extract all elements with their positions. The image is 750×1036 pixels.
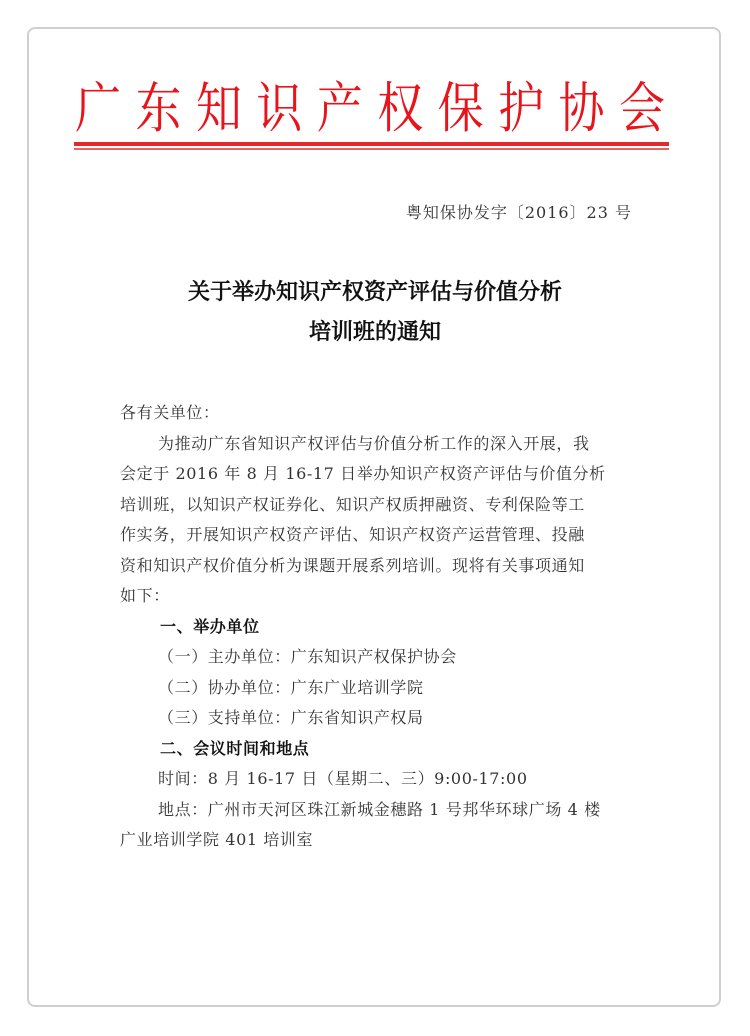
paragraph-line: 资和知识产权价值分析为课题开展系列培训。现将有关事项通知	[120, 551, 640, 582]
letterhead-organization-name: 广 东 知 识 产 权 保 护 协 会	[72, 73, 668, 144]
letterhead-divider-thick	[74, 142, 669, 146]
paragraph-line: 作实务，开展知识产权资产评估、知识产权资产运营管理、投融	[120, 520, 640, 551]
paragraph-line: 如下：	[120, 581, 640, 612]
letterhead-divider-thin	[74, 148, 669, 150]
section-time-location: 二、会议时间和地点 时间：8 月 16-17 日（星期二、三）9:00-17:0…	[120, 734, 640, 856]
title-line-1: 关于举办知识产权资产评估与价值分析	[0, 272, 750, 312]
letterhead-char: 东	[132, 73, 184, 144]
letterhead-char: 护	[495, 73, 547, 144]
salutation: 各有关单位：	[120, 398, 640, 429]
meeting-location: 地点：广州市天河区珠江新城金穗路 1 号邦华环球广场 4 楼	[120, 795, 640, 826]
section-heading: 一、举办单位	[120, 612, 640, 643]
title-line-2: 培训班的通知	[0, 312, 750, 352]
letterhead-char: 产	[314, 73, 366, 144]
meeting-location-continued: 广业培训学院 401 培训室	[120, 825, 640, 856]
organizer-item: （一）主办单位：广东知识产权保护协会	[120, 642, 640, 673]
organizer-item: （二）协办单位：广东广业培训学院	[120, 673, 640, 704]
section-heading: 二、会议时间和地点	[120, 734, 640, 765]
letterhead-char: 协	[556, 73, 608, 144]
document-title: 关于举办知识产权资产评估与价值分析 培训班的通知	[0, 272, 750, 352]
meeting-time: 时间：8 月 16-17 日（星期二、三）9:00-17:00	[120, 764, 640, 795]
section-organizers: 一、举办单位 （一）主办单位：广东知识产权保护协会 （二）协办单位：广东广业培训…	[120, 612, 640, 734]
intro-paragraph: 为推动广东省知识产权评估与价值分析工作的深入开展，我 会定于 2016 年 8 …	[120, 429, 640, 612]
letterhead-char: 权	[374, 73, 426, 144]
letterhead-char: 会	[616, 73, 668, 144]
paragraph-line: 为推动广东省知识产权评估与价值分析工作的深入开展，我	[120, 429, 640, 460]
paragraph-line: 培训班，以知识产权证券化、知识产权质押融资、专利保险等工	[120, 490, 640, 521]
paragraph-line: 会定于 2016 年 8 月 16-17 日举办知识产权资产评估与价值分析	[120, 459, 640, 490]
organizer-item: （三）支持单位：广东省知识产权局	[120, 703, 640, 734]
letterhead-char: 知	[193, 73, 245, 144]
document-body: 各有关单位： 为推动广东省知识产权评估与价值分析工作的深入开展，我 会定于 20…	[120, 398, 640, 856]
letterhead-char: 保	[435, 73, 487, 144]
document-number: 粤知保协发字〔2016〕23 号	[406, 201, 632, 225]
letterhead-char: 广	[72, 73, 124, 144]
letterhead-char: 识	[253, 73, 305, 144]
